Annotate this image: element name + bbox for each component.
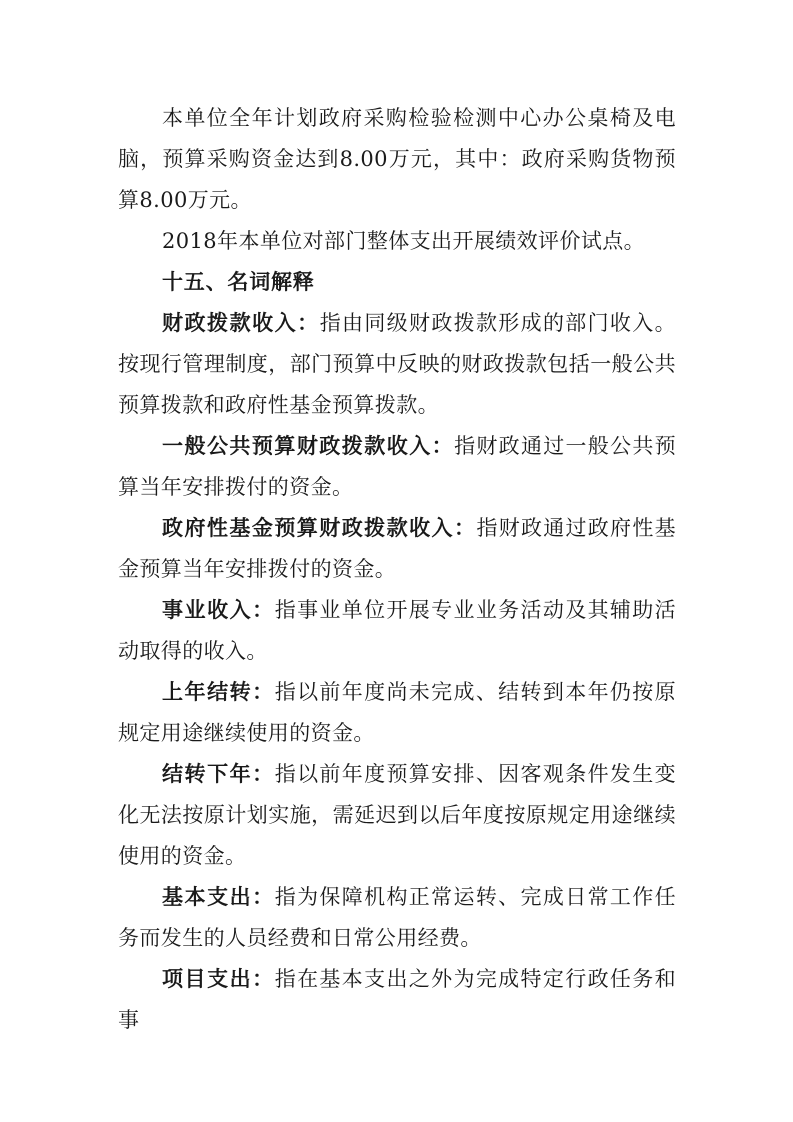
definition-term: 政府性基金预算财政拨款收入： — [162, 516, 476, 540]
definition-project-expenditure: 项目支出：指在基本支出之外为完成特定行政任务和事 — [118, 959, 676, 1041]
definition-term: 财政拨款收入： — [162, 311, 320, 335]
paragraph-performance-evaluation: 2018年本单位对部门整体支出开展绩效评价试点。 — [118, 221, 676, 262]
definition-term: 基本支出： — [162, 885, 275, 909]
paragraph-procurement: 本单位全年计划政府采购检验检测中心办公桌椅及电脑，预算采购资金达到8.00万元，… — [118, 98, 676, 221]
definition-basic-expenditure: 基本支出：指为保障机构正常运转、完成日常工作任务而发生的人员经费和日常公用经费。 — [118, 877, 676, 959]
definition-fiscal-appropriation-income: 财政拨款收入：指由同级财政拨款形成的部门收入。按现行管理制度，部门预算中反映的财… — [118, 303, 676, 426]
definition-business-income: 事业收入：指事业单位开展专业业务活动及其辅助活动取得的收入。 — [118, 590, 676, 672]
definition-term: 事业收入： — [162, 598, 275, 622]
section-heading-glossary: 十五、名词解释 — [118, 262, 676, 303]
definition-prior-year-carryover: 上年结转：指以前年度尚未完成、结转到本年仍按原规定用途继续使用的资金。 — [118, 672, 676, 754]
definition-general-public-budget-income: 一般公共预算财政拨款收入：指财政通过一般公共预算当年安排拨付的资金。 — [118, 426, 676, 508]
document-page: 本单位全年计划政府采购检验检测中心办公桌椅及电脑，预算采购资金达到8.00万元，… — [118, 98, 676, 1041]
definition-government-fund-budget-income: 政府性基金预算财政拨款收入：指财政通过政府性基金预算当年安排拨付的资金。 — [118, 508, 676, 590]
definition-term: 结转下年： — [162, 762, 275, 786]
definition-term: 上年结转： — [162, 680, 275, 704]
definition-term: 一般公共预算财政拨款收入： — [162, 434, 454, 458]
definition-carryover-to-next-year: 结转下年：指以前年度预算安排、因客观条件发生变化无法按原计划实施，需延迟到以后年… — [118, 754, 676, 877]
definition-term: 项目支出： — [162, 967, 275, 991]
